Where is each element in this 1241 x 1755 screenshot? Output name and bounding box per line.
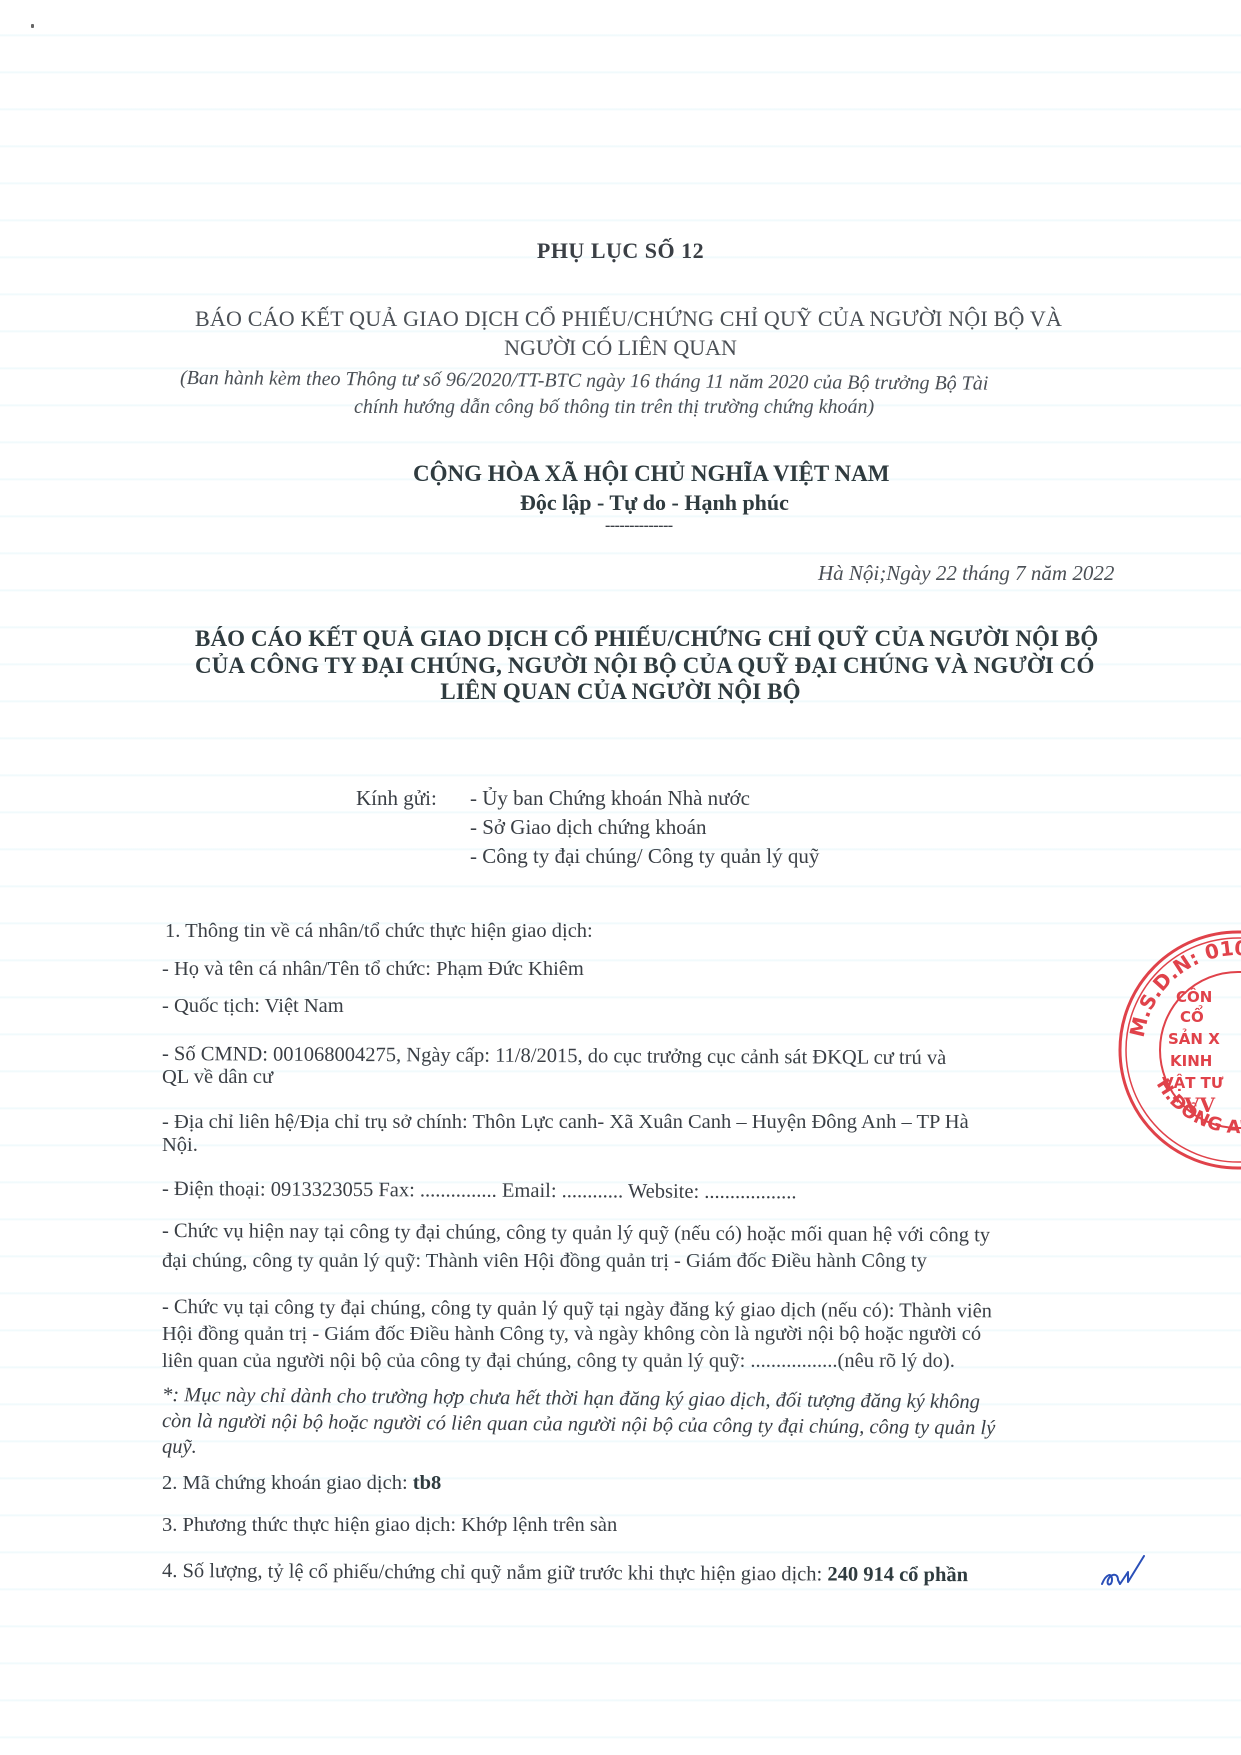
recipients-label: Kính gửi: (356, 786, 437, 811)
address-line1: - Địa chỉ liên hệ/Địa chỉ trụ sở chính: … (162, 1111, 969, 1134)
id-line1: - Số CMND: 001068004275, Ngày cấp: 11/8/… (162, 1043, 946, 1070)
main-title-line1: BÁO CÁO KẾT QUẢ GIAO DỊCH CỔ PHIẾU/CHỨNG… (195, 626, 1098, 652)
contact-line: - Điện thoại: 0913323055 Fax: ..........… (162, 1178, 797, 1204)
holdings-value: 240 914 cổ phần (827, 1563, 968, 1586)
recipient-item: - Công ty đại chúng/ Công ty quản lý quỹ (470, 844, 819, 869)
footnote-line2: còn là người nội bộ hoặc người có liên q… (162, 1410, 995, 1440)
ticker-label: 2. Mã chứng khoán giao dịch: (162, 1472, 413, 1494)
section1-heading: 1. Thông tin về cá nhân/tổ chức thực hiệ… (165, 920, 593, 943)
document-page: PHỤ LỤC SỐ 12 BÁO CÁO KẾT QUẢ GIAO DỊCH … (0, 0, 1241, 1755)
national-motto: Độc lập - Tự do - Hạnh phúc (520, 490, 789, 516)
report-title-line1: BÁO CÁO KẾT QUẢ GIAO DỊCH CỔ PHIẾU/CHỨNG… (195, 306, 1062, 332)
reg-position-line2: Hội đồng quản trị - Giám đốc Điều hành C… (162, 1323, 981, 1346)
issued-note-line1: (Ban hành kèm theo Thông tư số 96/2020/T… (180, 367, 989, 396)
scan-artifact (31, 24, 34, 28)
motto-divider: -------------- (605, 517, 673, 535)
section4-line: 4. Số lượng, tỷ lệ cổ phiếu/chứng chỉ qu… (162, 1560, 968, 1587)
position-line2: đại chúng, công ty quản lý quỹ: Thành vi… (162, 1250, 927, 1273)
stamp-line: VV (1183, 1093, 1216, 1117)
footnote-line3: quỹ. (162, 1436, 197, 1459)
footnote-line1: *: Mục này chỉ dành cho trường hợp chưa … (162, 1384, 980, 1414)
issued-note-line2: chính hướng dẫn công bố thông tin trên t… (354, 396, 874, 419)
holdings-label: 4. Số lượng, tỷ lệ cổ phiếu/chứng chỉ qu… (162, 1560, 827, 1585)
nationality-line: - Quốc tịch: Việt Nam (162, 995, 344, 1018)
position-line1: - Chức vụ hiện nay tại công ty đại chúng… (162, 1220, 990, 1247)
company-stamp-icon: M.S.D.N: 01018 H.ĐÔNG AN CÔN CỔ SẢN X KI… (1118, 930, 1241, 1170)
place-date: Hà Nội;Ngày 22 tháng 7 năm 2022 (818, 561, 1114, 586)
section3-line: 3. Phương thức thực hiện giao dịch: Khớp… (162, 1514, 617, 1537)
address-line2: Nội. (162, 1134, 198, 1157)
stamp-line: KINH (1170, 1052, 1212, 1070)
recipient-item: - Sở Giao dịch chứng khoán (470, 815, 707, 840)
main-title-line2: CỦA CÔNG TY ĐẠI CHÚNG, NGƯỜI NỘI BỘ CỦA … (195, 653, 1095, 679)
stamp-line: CÔN (1176, 987, 1212, 1006)
annex-title: PHỤ LỤC SỐ 12 (0, 238, 1241, 264)
stamp-line: SẢN X (1168, 1027, 1220, 1048)
main-title-line3: LIÊN QUAN CỦA NGƯỜI NỘI BỘ (0, 679, 1241, 705)
id-line2: QL về dân cư (162, 1066, 273, 1089)
ticker-value: tb8 (413, 1472, 441, 1494)
name-value: Phạm Đức Khiêm (436, 958, 584, 980)
republic-heading: CỘNG HÒA XÃ HỘI CHỦ NGHĨA VIỆT NAM (413, 461, 889, 487)
name-label: - Họ và tên cá nhân/Tên tổ chức: (162, 958, 436, 980)
section2-line: 2. Mã chứng khoán giao dịch: tb8 (162, 1472, 441, 1495)
name-line: - Họ và tên cá nhân/Tên tổ chức: Phạm Đứ… (162, 958, 584, 981)
recipient-item: - Ủy ban Chứng khoán Nhà nước (470, 786, 750, 811)
reg-position-line1: - Chức vụ tại công ty đại chúng, công ty… (162, 1296, 992, 1323)
stamp-line: VẬT TƯ (1162, 1072, 1224, 1092)
report-title-line2: NGƯỜI CÓ LIÊN QUAN (0, 335, 1241, 361)
reg-position-line3: liên quan của người nội bộ của công ty đ… (162, 1350, 955, 1373)
signature-initials-icon (1098, 1550, 1148, 1590)
stamp-line: CỔ (1180, 1004, 1204, 1026)
